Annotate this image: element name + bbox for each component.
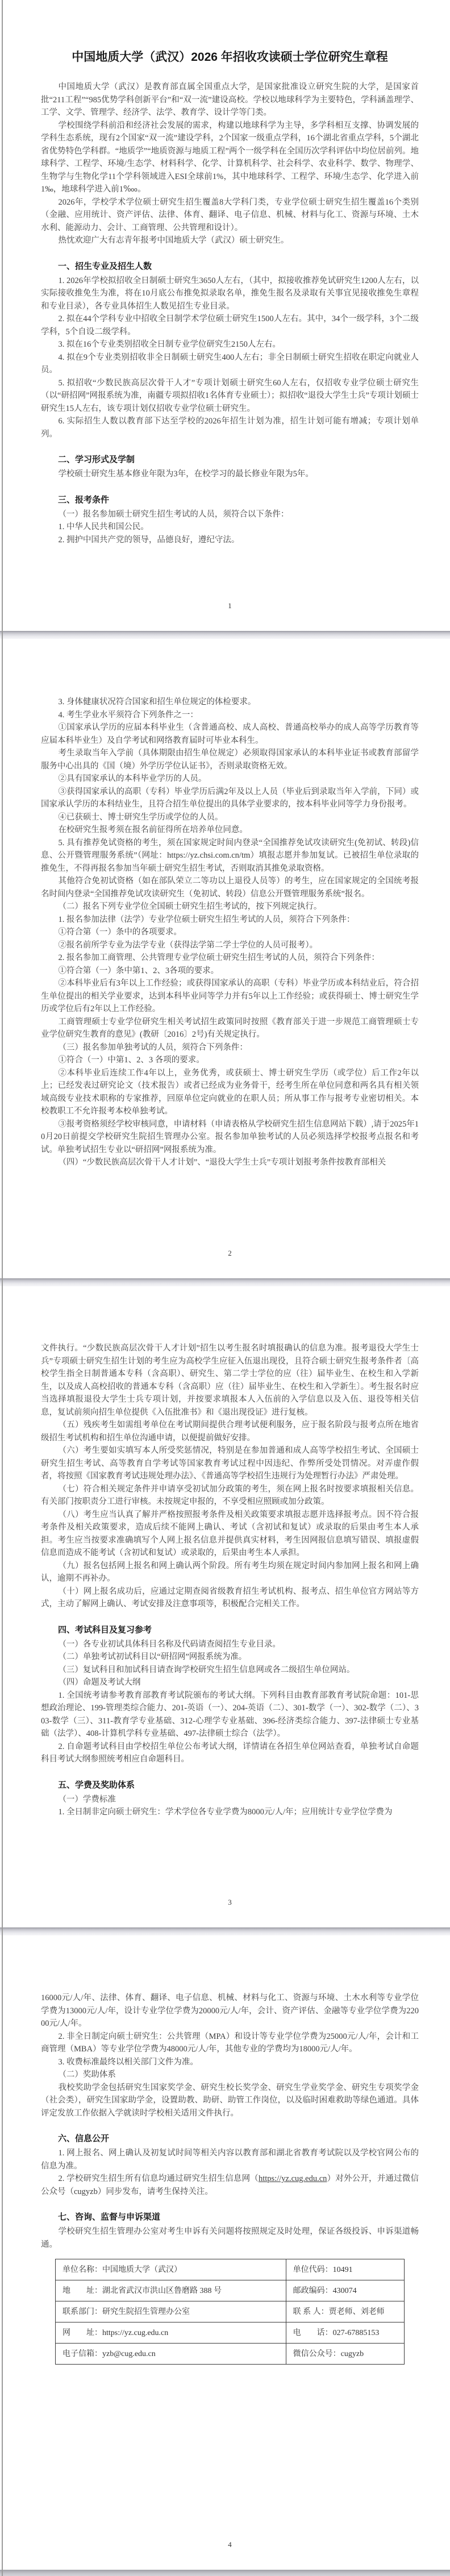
section-heading: 七、咨询、监督与申诉渠道	[41, 2211, 419, 2224]
paragraph: 1. 中华人民共和国公民。	[41, 521, 419, 534]
hyperlink[interactable]: https://yz.cug.edu.cn	[259, 2174, 327, 2183]
paragraph: 2. 报名参加工商管理、公共管理专业学位硕士研究生招生考试的人员，须符合下列条件…	[41, 952, 419, 965]
page-gap	[0, 631, 450, 639]
paragraph: 其他符合免初试资格（如在部队荣立二等功以上退役人员等）的考生，应在国家规定的全国…	[41, 875, 419, 900]
paragraph-continuation: 文件执行。“少数民族高层次骨干人才计划”招生以考生报名时填报确认的信息为准。报考…	[41, 1342, 419, 1419]
paragraph: （五）残疾考生如需组考单位在考试期间提供合理考试便利服务，应于报名阶段与报考点所…	[41, 1419, 419, 1444]
table-row: 地 址：湖北省武汉市洪山区鲁磨路 388 号邮政编码：430074	[56, 2280, 405, 2301]
paragraph: ①国家承认学历的应届本科毕业生（含普通高校、成人高校、普通高校举办的成人高等学历…	[41, 721, 419, 747]
table-cell: 单位代码：10491	[286, 2259, 404, 2280]
section-heading: 三、报考条件	[41, 493, 419, 506]
table-cell: 单位名称：中国地质大学（武汉）	[56, 2259, 286, 2280]
page-gap	[0, 1278, 450, 1286]
contact-info-table: 单位名称：中国地质大学（武汉）单位代码：10491地 址：湖北省武汉市洪山区鲁磨…	[55, 2259, 405, 2365]
paragraph: ③报考资格须经学校审核同意，申请材料（申请表格从学校研究生招生信息网站下载）,请…	[41, 1118, 419, 1157]
document-page-3: 文件执行。“少数民族高层次骨干人才计划”招生以考生报名时填报确认的信息为准。报考…	[0, 1286, 450, 1927]
paragraph: 1. 全国统考请参考教育部教育考试院颁布的考试大纲。下列科目由教育部教育考试院命…	[41, 1689, 419, 1740]
page-number: 3	[41, 1898, 419, 1907]
page-number: 4	[41, 2540, 419, 2549]
paragraph: ②报名前所学专业为法学专业（获得法学第二学士学位的人员可报考）。	[41, 939, 419, 952]
paragraph: 我校奖助学金包括研究生国家奖学金、研究生校长奖学金、研究生学业奖学金、研究生专项…	[41, 2081, 419, 2120]
paragraph: 2. 自命题考试科目由学校招生单位公布考试大纲，详情请在各招生单位网站查看，单独…	[41, 1740, 419, 1766]
paragraph: 4. 拟在9个专业类别招收非全日制硕士研究生400人左右；非全日制硕士研究生招收…	[41, 351, 419, 377]
paragraph: 3. 身体健康状况符合国家和招生单位规定的体检要求。	[41, 696, 419, 709]
paragraph: 2026年，学校学术学位硕士研究生招生覆盖8大学科门类，专业学位硕士研究生招生覆…	[41, 196, 419, 235]
pages-container: 中国地质大学（武汉）2026 年招收攻读硕士学位研究生章程中国地质大学（武汉）是…	[0, 0, 450, 2570]
paragraph: （一）各专业初试具体科目名称及代码请查阅招生专业目录。	[41, 1638, 419, 1651]
paragraph: （八）考生应当认真了解并严格按照报考条件及相关政策要求填报志愿并选择报考点。因不…	[41, 1509, 419, 1560]
paragraph: （九）报名包括网上报名和网上确认两个阶段。所有考生均须在规定时间内参加网上报名和…	[41, 1560, 419, 1585]
paragraph: （十）网上报名成功后，应通过定期查阅省级教育招生考试机构、报考点、招生单位官方网…	[41, 1585, 419, 1611]
section-heading: 一、招生专业及招生人数	[41, 260, 419, 273]
paragraph: （二）单独考试初试科目以“研招网”网报系统为准。	[41, 1651, 419, 1664]
paragraph: ②本科毕业后有3年以上工作经验；或获得国家承认的高职（专科）毕业学历或本科结业后…	[41, 977, 419, 1016]
table-cell: 邮政编码：430074	[286, 2280, 404, 2301]
paragraph: 学校硕士研究生基本修业年限为3年，在校学习的最长修业年限为5年。	[41, 468, 419, 481]
paragraph: （七）符合相关规定条件并申请享受初试加分政策的考生，须在网上报名时按要求填报相关…	[41, 1483, 419, 1509]
paragraph: 2. 拟在44个学科专业中招收全日制学术学位硕士研究生1500人左右。其中，34…	[41, 313, 419, 338]
paragraph: （二）报名下列专业学位全国硕士研究生招生考试的，按下列规定执行。	[41, 900, 419, 913]
paragraph: 学校研究生招生管理办公室对考生申诉有关问题将按照规定及时处理，保证各级投诉、申诉…	[41, 2225, 419, 2251]
paragraph: 在校研究生报考须在报名前征得所在培养单位同意。	[41, 824, 419, 837]
paragraph: 1. 网上报名、网上确认及初复试时间等相关内容以教育部和湖北省教育考试院以及学校…	[41, 2147, 419, 2172]
paragraph: 1. 2026年学校拟招收全日制硕士研究生3650人左右，（其中，拟接收推荐免试…	[41, 275, 419, 313]
paragraph: 考生录取当年入学前（具体期限由招生单位规定）必须取得国家承认的本科毕业证书或教育…	[41, 747, 419, 772]
viewer-bottom-background	[0, 2570, 450, 2576]
paragraph-continuation: 16000元/人/年、法律、体育、翻译、电子信息、机械、材料与化工、资源与环境、…	[41, 1992, 419, 2030]
viewer-left-border	[2, 0, 3, 2576]
document-title: 中国地质大学（武汉）2026 年招收攻读硕士学位研究生章程	[41, 49, 419, 66]
paragraph: 1. 全日制非定向硕士研究生：学术学位各专业学费为8000元/人/年；应用统计专…	[41, 1806, 419, 1819]
paragraph: 学校围绕学科前沿和经济社会发展的需求，构建以地球科学为主导，多学科相互支撑、协调…	[41, 119, 419, 196]
paragraph: ④已获硕士、博士研究生学历或学位的人员。	[41, 811, 419, 824]
document-page-4: 16000元/人/年、法律、体育、翻译、电子信息、机械、材料与化工、资源与环境、…	[0, 1935, 450, 2570]
paragraph: ②本科毕业后连续工作4年以上，业务优秀，或获硕士、博士研究生学历（或学位）后工作…	[41, 1067, 419, 1118]
paragraph: ①符合第（一）条中的各项要求。	[41, 926, 419, 939]
page-number: 2	[41, 1249, 419, 1258]
paragraph: 热忱欢迎广大有志青年报考中国地质大学（武汉）硕士研究生。	[41, 234, 419, 247]
document-page-2: 3. 身体健康状况符合国家和招生单位规定的体检要求。4. 考生学业水平须符合下列…	[0, 639, 450, 1278]
page-gap	[0, 1927, 450, 1935]
paragraph: （四）“少数民族高层次骨干人才计划”、“退役大学生士兵”专项计划报考条件按教育部…	[41, 1156, 419, 1169]
paragraph: 5. 拟招收“少数民族高层次骨干人才”专项计划硕士研究生60人左右，仅招收专业学…	[41, 377, 419, 416]
section-heading: 六、信息公开	[41, 2132, 419, 2145]
table-row: 单位名称：中国地质大学（武汉）单位代码：10491	[56, 2259, 405, 2280]
paragraph: （一）学费标准	[41, 1793, 419, 1806]
table-row: 联系部门：研究生院招生管理办公室联 系 人：贾老师、刘老师	[56, 2301, 405, 2322]
paragraph: 工商管理硕士专业学位研究生相关考试招生政策同时按照《教育部关于进一步规范工商管理…	[41, 1016, 419, 1041]
paragraph: ③获得国家承认的高职（专科）毕业学历后满2年及以上人员（毕业后到录取当年入学前，…	[41, 786, 419, 811]
table-cell: 地 址：湖北省武汉市洪山区鲁磨路 388 号	[56, 2280, 286, 2301]
paragraph: ②具有国家承认的本科毕业学历的人员。	[41, 772, 419, 786]
paragraph: （四）命题及考试大纲	[41, 1676, 419, 1689]
document-viewer: { "colors": { "page_background": "#fffff…	[0, 0, 450, 2576]
table-cell: 电 话：027-67885153	[286, 2322, 404, 2344]
paragraph: 6. 实际招生人数以教育部下达至学校的2026年招生计划为准，招生计划可能有增减…	[41, 415, 419, 441]
paragraph: ①符合第（一）条中第1、2、3各项的要求。	[41, 965, 419, 978]
table-cell: 微信公众号：cugyzb	[286, 2344, 404, 2365]
table-cell: 联系部门：研究生院招生管理办公室	[56, 2301, 286, 2322]
paragraph: 1. 报名参加法律（法学）专业学位硕士研究生招生考试的人员，须符合下列条件：	[41, 913, 419, 926]
paragraph: 4. 考生学业水平须符合下列条件之一：	[41, 709, 419, 722]
paragraph: （一）报名参加硕士研究生招生考试的人员，须符合以下条件：	[41, 508, 419, 521]
table-cell: 联 系 人：贾老师、刘老师	[286, 2301, 404, 2322]
section-heading: 五、学费及奖助体系	[41, 1779, 419, 1792]
paragraph: （六）考生要如实填写本人所受奖惩情况，特别是在参加普通和成人高等学校招生考试、全…	[41, 1444, 419, 1483]
paragraph: 中国地质大学（武汉）是教育部直属全国重点大学，是国家批准设立研究生院的大学，是国…	[41, 81, 419, 119]
paragraph: ①符合（一）中第1、2、3 各项的要求。	[41, 1054, 419, 1067]
paragraph: （三）报名参加单独考试的人员，须符合下列条件：	[41, 1041, 419, 1054]
page-number: 1	[41, 601, 419, 610]
paragraph: （二）奖助体系	[41, 2068, 419, 2081]
section-heading: 四、考试科目及复习参考	[41, 1623, 419, 1636]
table-cell: 网 址：https://yz.cug.edu.cn	[56, 2322, 286, 2344]
table-cell: 电子信箱：yzb@cug.edu.cn	[56, 2344, 286, 2365]
section-heading: 二、学习形式及学制	[41, 453, 419, 466]
table-row: 网 址：https://yz.cug.edu.cn电 话：027-6788515…	[56, 2322, 405, 2344]
paragraph: 2. 学校研究生招生所有信息均通过研究生招生信息网（https://yz.cug…	[41, 2172, 419, 2198]
paragraph: 5. 具有推荐免试资格的考生，须在国家规定时间内登录“全国推荐免试攻读研究生(免…	[41, 837, 419, 875]
paragraph: 2. 非全日制定向硕士研究生：公共管理（MPA）和设计等专业学位学费为25000…	[41, 2030, 419, 2056]
paragraph: （三）复试科目和加试科目请查询学校研究生招生信息网或各二级招生单位网站。	[41, 1664, 419, 1677]
paragraph: 2. 拥护中国共产党的领导，品德良好，遵纪守法。	[41, 534, 419, 547]
table-row: 电子信箱：yzb@cug.edu.cn微信公众号：cugyzb	[56, 2344, 405, 2365]
paragraph: 3. 收费标准最终以相关部门文件为准。	[41, 2056, 419, 2069]
paragraph: 3. 拟在16个专业类别招收全日制专业学位研究生2150人左右。	[41, 338, 419, 351]
document-page-1: 中国地质大学（武汉）2026 年招收攻读硕士学位研究生章程中国地质大学（武汉）是…	[0, 0, 450, 631]
